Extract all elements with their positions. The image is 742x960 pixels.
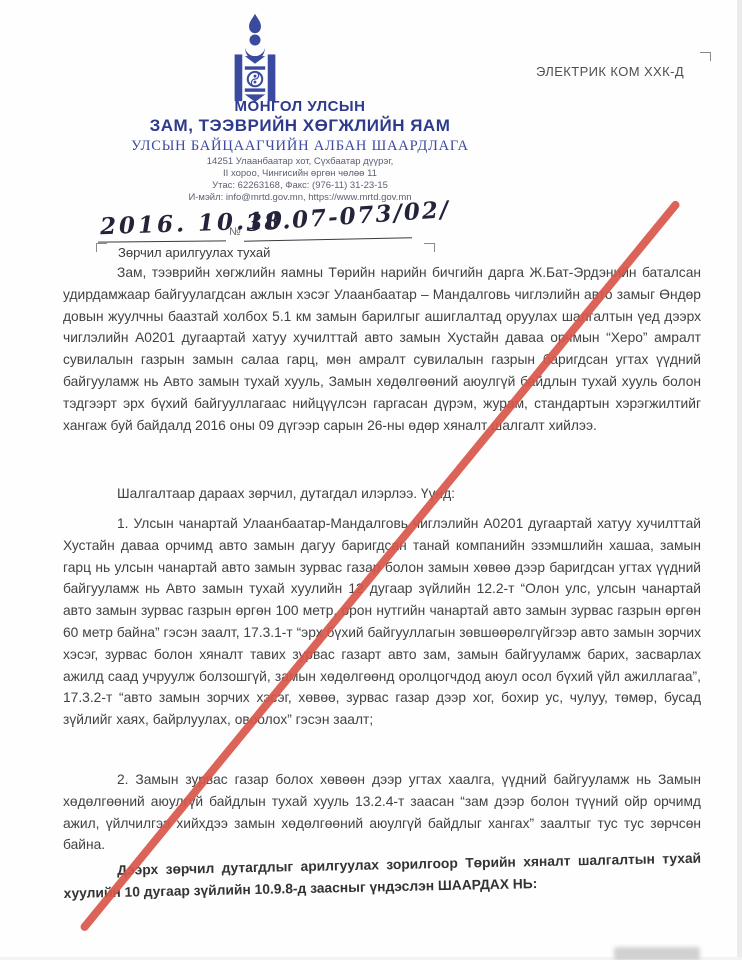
soyombo-logo-icon <box>218 12 292 107</box>
recipient-stamp: ЭЛЕКТРИК КОМ ХХК-Д <box>505 64 715 79</box>
header-address-line: II хороо, Чингисийн өргөн чөлөө 11 <box>120 168 480 180</box>
header-phone-fax: Утас: 62263168, Факс: (976-11) 31-23-15 <box>120 180 480 192</box>
footer-smudge <box>614 947 700 960</box>
findings-heading: Шалгалтаар дараах зөрчил, дутагдал илэрл… <box>63 483 701 505</box>
header-ministry-name: ЗАМ, ТЭЭВРИЙН ХӨГЖЛИЙН ЯАМ <box>70 116 530 136</box>
subject-line: Зөрчил арилгуулах тухай <box>118 245 270 260</box>
number-underline <box>244 237 412 242</box>
corner-mark <box>424 243 435 252</box>
corner-mark <box>96 243 107 252</box>
scan-edge <box>737 0 742 960</box>
header-address-line: 14251 Улаанбаатар хот, Сүхбаатар дүүрэг, <box>120 156 480 168</box>
header-country: МОНГОЛ УЛСЫН <box>100 98 500 115</box>
corner-mark <box>700 52 711 61</box>
number-sign: № <box>229 226 241 238</box>
finding-item-1: 1. Улсын чанартай Улаанбаатар-Мандалговь… <box>63 513 701 731</box>
finding-item-2: 2. Замын зурвас газар болох хөвөөн дээр … <box>63 769 701 856</box>
scanned-letter-page: МОНГОЛ УЛСЫН ЗАМ, ТЭЭВРИЙН ХӨГЖЛИЙН ЯАМ … <box>0 0 742 960</box>
date-underline <box>98 240 226 242</box>
header-document-type: УЛСЫН БАЙЦААГЧИЙН АЛБАН ШААРДЛАГА <box>70 138 530 155</box>
